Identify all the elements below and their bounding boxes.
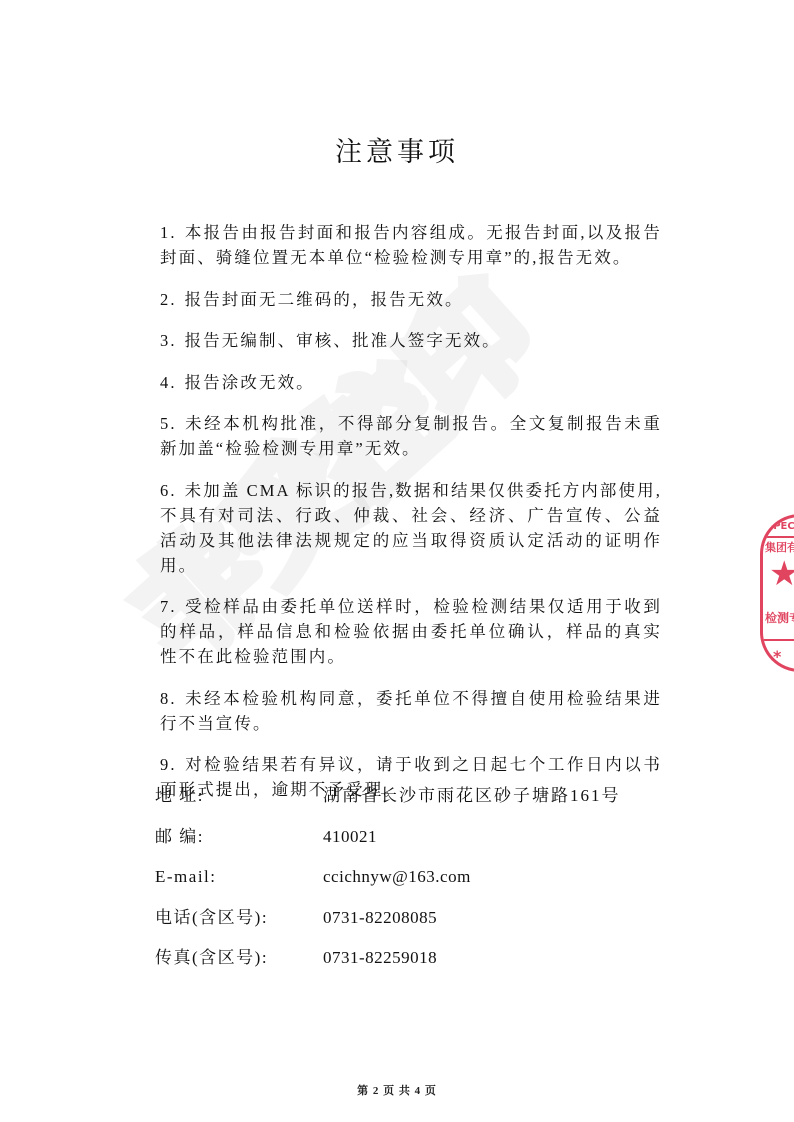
notice-number: 8. (160, 689, 177, 708)
fax-value: 0731-82259018 (323, 946, 437, 987)
notice-number: 3. (160, 331, 177, 350)
seal-divider (763, 639, 794, 641)
postcode-label: 邮 编: (155, 825, 323, 866)
contact-fax: 传真(含区号): 0731-82259018 (155, 946, 675, 987)
notice-text: 未经本机构批准，不得部分复制报告。全文复制报告未重新加盖“检验检测专用章”无效。 (160, 414, 662, 458)
notice-text: 报告涂改无效。 (185, 373, 315, 392)
asterisk-icon: * (773, 647, 781, 666)
address-label: 地 址: (155, 784, 323, 825)
seal-divider (763, 536, 794, 538)
seal-chinese-text-top: 集团有 (765, 539, 794, 555)
star-icon: ★ (769, 557, 794, 591)
notice-item-3: 3.报告无编制、审核、批准人签字无效。 (160, 328, 662, 353)
contact-postcode: 邮 编: 410021 (155, 825, 675, 866)
notice-item-2: 2.报告封面无二维码的，报告无效。 (160, 287, 662, 312)
notice-text: 报告封面无二维码的，报告无效。 (185, 290, 464, 309)
notice-number: 2. (160, 290, 177, 309)
notice-text: 本报告由报告封面和报告内容组成。无报告封面,以及报告封面、骑缝位置无本单位“检验… (160, 223, 662, 267)
notice-item-5: 5.未经本机构批准，不得部分复制报告。全文复制报告未重新加盖“检验检测专用章”无… (160, 411, 662, 461)
notice-number: 4. (160, 373, 177, 392)
postcode-value: 410021 (323, 825, 377, 866)
notice-number: 5. (160, 414, 177, 433)
notice-number: 6. (160, 481, 177, 500)
contact-info: 地 址: 湖南省长沙市雨花区砂子塘路161号 邮 编: 410021 E-mai… (155, 784, 675, 987)
seal-english-text: SPECTI (766, 521, 794, 532)
phone-value: 0731-82208085 (323, 906, 437, 947)
notice-item-8: 8.未经本检验机构同意，委托单位不得擅自使用检验结果进行不当宣传。 (160, 686, 662, 736)
phone-label: 电话(含区号): (155, 906, 323, 947)
notice-text: 受检样品由委托单位送样时，检验检测结果仅适用于收到的样品，样品信息和检验依据由委… (160, 597, 662, 666)
notices-list: 1.本报告由报告封面和报告内容组成。无报告封面,以及报告封面、骑缝位置无本单位“… (160, 220, 662, 816)
notice-text: 报告无编制、审核、批准人签字无效。 (185, 331, 501, 350)
notice-item-7: 7.受检样品由委托单位送样时，检验检测结果仅适用于收到的样品，样品信息和检验依据… (160, 594, 662, 669)
notice-item-4: 4.报告涂改无效。 (160, 370, 662, 395)
email-value[interactable]: ccichnyw@163.com (323, 865, 471, 906)
official-seal: SPECTI 集团有 ★ 检测专 * (760, 514, 794, 672)
notice-text: 未加盖 CMA 标识的报告,数据和结果仅供委托方内部使用,不具有对司法、行政、仲… (160, 481, 662, 575)
page-title: 注意事项 (0, 130, 794, 169)
email-label: E-mail: (155, 865, 323, 906)
notice-text: 未经本检验机构同意，委托单位不得擅自使用检验结果进行不当宣传。 (160, 689, 662, 733)
notice-item-1: 1.本报告由报告封面和报告内容组成。无报告封面,以及报告封面、骑缝位置无本单位“… (160, 220, 662, 270)
address-value: 湖南省长沙市雨花区砂子塘路161号 (323, 784, 621, 825)
page-number: 第 2 页 共 4 页 (0, 1082, 794, 1098)
notice-number: 1. (160, 223, 177, 242)
contact-address: 地 址: 湖南省长沙市雨花区砂子塘路161号 (155, 784, 675, 825)
contact-email: E-mail: ccichnyw@163.com (155, 865, 675, 906)
notice-item-6: 6.未加盖 CMA 标识的报告,数据和结果仅供委托方内部使用,不具有对司法、行政… (160, 478, 662, 578)
seal-chinese-text-bottom: 检测专 (765, 609, 794, 626)
notice-number: 7. (160, 597, 177, 616)
fax-label: 传真(含区号): (155, 946, 323, 987)
notice-number: 9. (160, 755, 177, 774)
contact-phone: 电话(含区号): 0731-82208085 (155, 906, 675, 947)
